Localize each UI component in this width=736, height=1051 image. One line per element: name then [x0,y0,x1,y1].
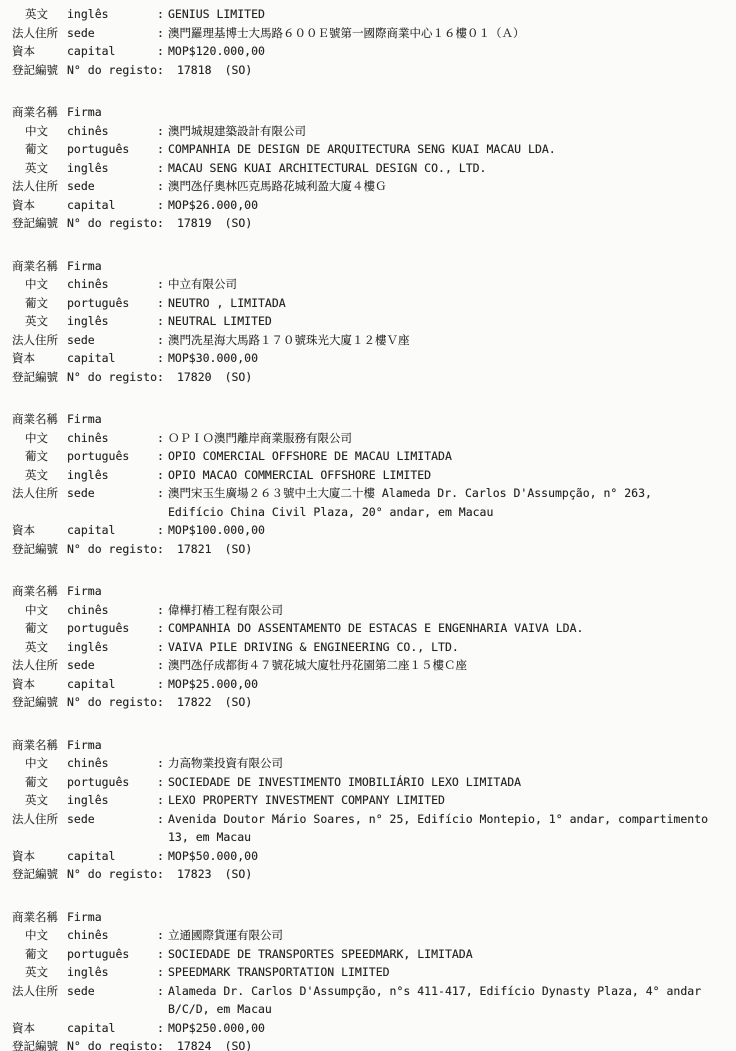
capital-label-pt: capital [67,521,157,540]
chinese-name-row: 中文 chinês : ＯＰＩＯ澳門離岸商業服務有限公司 [12,429,726,448]
english-label-zh: 英文 [12,791,67,810]
registry-entry: 商業名稱 Firma 中文 chinês : 中立有限公司 葡文 portugu… [12,257,726,387]
capital-label-pt: capital [67,1019,157,1038]
colon-separator: : [157,754,168,773]
portuguese-name-value: COMPANHIA DE DESIGN DE ARQUITECTURA SENG… [168,140,726,159]
portuguese-name-value: SOCIEDADE DE TRANSPORTES SPEEDMARK, LIMI… [168,945,726,964]
seat-row: 法人住所 sede : 澳門羅理基博士大馬路６００Ｅ號第一國際商業中心１６樓０１… [12,24,726,43]
registry-entry: 商業名稱 Firma 中文 chinês : 立通國際貨運有限公司 葡文 por… [12,908,726,1051]
portuguese-name-row: 葡文 português : COMPANHIA DE DESIGN DE AR… [12,140,726,159]
english-label-pt: inglês [67,312,157,331]
colon-separator: : [157,122,168,141]
english-name-value: GENIUS LIMITED [168,5,726,24]
colon-separator: : [157,773,168,792]
registo-row: 登記編號 N° do registo: 17819 (SO) [12,214,726,233]
english-name-row: 英文 inglês : VAIVA PILE DRIVING & ENGINEE… [12,638,726,657]
colon-separator: : [157,42,168,61]
capital-label-zh: 資本 [12,1019,67,1038]
registry-entry: 商業名稱 Firma 中文 chinês : 澳門城規建築設計有限公司 葡文 p… [12,103,726,233]
capital-row: 資本 capital : MOP$250.000,00 [12,1019,726,1038]
registo-row: 登記編號 N° do registo: 17818 (SO) [12,61,726,80]
seat-row: 法人住所 sede : 澳門氹仔成都街４７號花城大廈牡丹花園第二座１５樓Ｃ座 [12,656,726,675]
english-name-row: 英文 inglês : MACAU SENG KUAI ARCHITECTURA… [12,159,726,178]
registo-suffix: (SO) [225,214,253,233]
registry-entry-partial: 英文 inglês : GENIUS LIMITED 法人住所 sede : 澳… [12,5,726,79]
chinese-label-zh: 中文 [12,601,67,620]
registo-suffix: (SO) [225,1037,253,1051]
capital-label-zh: 資本 [12,196,67,215]
seat-label-zh: 法人住所 [12,484,67,503]
firm-header-row: 商業名稱 Firma [12,582,726,601]
portuguese-label-pt: português [67,447,157,466]
portuguese-label-pt: português [67,619,157,638]
firm-label-pt: Firma [67,410,157,429]
registo-number: 17821 [177,540,212,559]
capital-label-pt: capital [67,349,157,368]
portuguese-label-zh: 葡文 [12,294,67,313]
registo-label-zh: 登記編號 [12,214,67,233]
portuguese-label-zh: 葡文 [12,773,67,792]
seat-label-pt: sede [67,484,157,503]
portuguese-name-row: 葡文 português : OPIO COMERCIAL OFFSHORE D… [12,447,726,466]
colon-separator: : [157,810,168,829]
portuguese-label-zh: 葡文 [12,619,67,638]
colon-separator: : [157,294,168,313]
seat-row: 法人住所 sede : Alameda Dr. Carlos D'Assumpç… [12,982,726,1019]
portuguese-name-row: 葡文 português : SOCIEDADE DE TRANSPORTES … [12,945,726,964]
portuguese-name-value: SOCIEDADE DE INVESTIMENTO IMOBILIÁRIO LE… [168,773,726,792]
firm-label-zh: 商業名稱 [12,257,67,276]
english-label-zh: 英文 [12,638,67,657]
capital-value: MOP$120.000,00 [168,42,726,61]
chinese-label-zh: 中文 [12,926,67,945]
english-name-value: NEUTRAL LIMITED [168,312,726,331]
registo-suffix: (SO) [225,865,253,884]
firm-header-row: 商業名稱 Firma [12,736,726,755]
portuguese-name-value: OPIO COMERCIAL OFFSHORE DE MACAU LIMITAD… [168,447,726,466]
chinese-label-pt: chinês [67,601,157,620]
registo-label-zh: 登記編號 [12,540,67,559]
capital-value: MOP$50.000,00 [168,847,726,866]
colon-separator: : [157,349,168,368]
capital-label-zh: 資本 [12,349,67,368]
registo-suffix: (SO) [225,61,253,80]
chinese-label-pt: chinês [67,122,157,141]
registry-entry: 商業名稱 Firma 中文 chinês : 力高物業投資有限公司 葡文 por… [12,736,726,884]
english-name-row: 英文 inglês : LEXO PROPERTY INVESTMENT COM… [12,791,726,810]
chinese-name-value: 偉樺打樁工程有限公司 [168,601,726,620]
english-label-zh: 英文 [12,159,67,178]
registo-label-pt: N° do registo: [67,214,164,233]
registo-row: 登記編號 N° do registo: 17822 (SO) [12,693,726,712]
capital-label-pt: capital [67,847,157,866]
registo-suffix: (SO) [225,540,253,559]
firm-label-pt: Firma [67,257,157,276]
seat-label-zh: 法人住所 [12,982,67,1001]
portuguese-label-pt: português [67,773,157,792]
portuguese-label-zh: 葡文 [12,945,67,964]
firm-header-row: 商業名稱 Firma [12,257,726,276]
seat-value: Avenida Doutor Mário Soares, n° 25, Edif… [168,810,726,847]
chinese-name-row: 中文 chinês : 偉樺打樁工程有限公司 [12,601,726,620]
capital-row: 資本 capital : MOP$25.000,00 [12,675,726,694]
seat-label-pt: sede [67,982,157,1001]
firm-header-row: 商業名稱 Firma [12,410,726,429]
english-name-value: MACAU SENG KUAI ARCHITECTURAL DESIGN CO.… [168,159,726,178]
registo-label-zh: 登記編號 [12,368,67,387]
english-label-zh: 英文 [12,466,67,485]
colon-separator: : [157,5,168,24]
seat-label-zh: 法人住所 [12,177,67,196]
firm-label-zh: 商業名稱 [12,736,67,755]
colon-separator: : [157,675,168,694]
chinese-label-pt: chinês [67,429,157,448]
registo-row: 登記編號 N° do registo: 17821 (SO) [12,540,726,559]
english-name-value: SPEEDMARK TRANSPORTATION LIMITED [168,963,726,982]
colon-separator: : [157,140,168,159]
seat-row: 法人住所 sede : 澳門宋玉生廣場２６３號中土大廈二十樓 Alameda D… [12,484,726,521]
capital-label-zh: 資本 [12,675,67,694]
english-name-row: 英文 inglês : SPEEDMARK TRANSPORTATION LIM… [12,963,726,982]
firm-label-zh: 商業名稱 [12,908,67,927]
capital-label-zh: 資本 [12,521,67,540]
english-label-pt: inglês [67,638,157,657]
registry-entry: 商業名稱 Firma 中文 chinês : 偉樺打樁工程有限公司 葡文 por… [12,582,726,712]
registo-suffix: (SO) [225,693,253,712]
capital-label-pt: capital [67,42,157,61]
firm-header-row: 商業名稱 Firma [12,908,726,927]
english-label-pt: inglês [67,159,157,178]
seat-value: 澳門氹仔成都街４７號花城大廈牡丹花園第二座１５樓Ｃ座 [168,656,726,675]
seat-value: Alameda Dr. Carlos D'Assumpção, n°s 411-… [168,982,726,1019]
firm-label-pt: Firma [67,103,157,122]
registo-number: 17824 [177,1037,212,1051]
firm-label-zh: 商業名稱 [12,410,67,429]
english-label-pt: inglês [67,5,157,24]
colon-separator: : [157,466,168,485]
capital-label-pt: capital [67,675,157,694]
portuguese-name-value: COMPANHIA DO ASSENTAMENTO DE ESTACAS E E… [168,619,726,638]
seat-row: 法人住所 sede : Avenida Doutor Mário Soares,… [12,810,726,847]
colon-separator: : [157,1019,168,1038]
colon-separator: : [157,447,168,466]
firm-label-zh: 商業名稱 [12,582,67,601]
capital-value: MOP$30.000,00 [168,349,726,368]
colon-separator: : [157,963,168,982]
capital-row: 資本 capital : MOP$26.000,00 [12,196,726,215]
colon-separator: : [157,982,168,1001]
chinese-label-zh: 中文 [12,429,67,448]
seat-label-zh: 法人住所 [12,656,67,675]
capital-row: 資本 capital : MOP$50.000,00 [12,847,726,866]
registo-row: 登記編號 N° do registo: 17820 (SO) [12,368,726,387]
chinese-name-row: 中文 chinês : 立通國際貨運有限公司 [12,926,726,945]
colon-separator: : [157,601,168,620]
firm-label-pt: Firma [67,582,157,601]
registo-suffix: (SO) [225,368,253,387]
english-name-row: 英文 inglês : GENIUS LIMITED [12,5,726,24]
registo-label-pt: N° do registo: [67,1037,164,1051]
registo-number: 17818 [177,61,212,80]
portuguese-name-value: NEUTRO , LIMITADA [168,294,726,313]
colon-separator: : [157,847,168,866]
registo-label-pt: N° do registo: [67,865,164,884]
portuguese-label-pt: português [67,294,157,313]
registo-label-zh: 登記編號 [12,1037,67,1051]
english-label-pt: inglês [67,791,157,810]
chinese-name-value: ＯＰＩＯ澳門離岸商業服務有限公司 [168,429,726,448]
registo-label-zh: 登記編號 [12,693,67,712]
portuguese-label-pt: português [67,945,157,964]
colon-separator: : [157,656,168,675]
colon-separator: : [157,619,168,638]
colon-separator: : [157,791,168,810]
portuguese-name-row: 葡文 português : SOCIEDADE DE INVESTIMENTO… [12,773,726,792]
chinese-name-value: 立通國際貨運有限公司 [168,926,726,945]
registo-label-pt: N° do registo: [67,540,164,559]
colon-separator: : [157,638,168,657]
portuguese-label-zh: 葡文 [12,140,67,159]
colon-separator: : [157,24,168,43]
capital-row: 資本 capital : MOP$100.000,00 [12,521,726,540]
seat-value: 澳門氹仔奧林匹克馬路花城利盈大廈４樓Ｇ [168,177,726,196]
registo-label-zh: 登記編號 [12,865,67,884]
registo-number: 17822 [177,693,212,712]
seat-label-pt: sede [67,810,157,829]
seat-value: 澳門宋玉生廣場２６３號中土大廈二十樓 Alameda Dr. Carlos D'… [168,484,726,521]
capital-row: 資本 capital : MOP$120.000,00 [12,42,726,61]
registo-label-zh: 登記編號 [12,61,67,80]
chinese-label-pt: chinês [67,926,157,945]
capital-label-zh: 資本 [12,847,67,866]
seat-label-zh: 法人住所 [12,810,67,829]
seat-row: 法人住所 sede : 澳門冼星海大馬路１７０號珠光大廈１２樓Ｖ座 [12,331,726,350]
english-label-pt: inglês [67,466,157,485]
seat-label-zh: 法人住所 [12,331,67,350]
chinese-label-zh: 中文 [12,122,67,141]
capital-row: 資本 capital : MOP$30.000,00 [12,349,726,368]
registo-number: 17820 [177,368,212,387]
english-name-value: VAIVA PILE DRIVING & ENGINEERING CO., LT… [168,638,726,657]
registo-number: 17823 [177,865,212,884]
chinese-label-zh: 中文 [12,275,67,294]
registry-entry: 商業名稱 Firma 中文 chinês : ＯＰＩＯ澳門離岸商業服務有限公司 … [12,410,726,558]
seat-value: 澳門冼星海大馬路１７０號珠光大廈１２樓Ｖ座 [168,331,726,350]
capital-value: MOP$100.000,00 [168,521,726,540]
chinese-name-value: 中立有限公司 [168,275,726,294]
english-name-row: 英文 inglês : OPIO MACAO COMMERCIAL OFFSHO… [12,466,726,485]
capital-value: MOP$250.000,00 [168,1019,726,1038]
colon-separator: : [157,521,168,540]
seat-value: 澳門羅理基博士大馬路６００Ｅ號第一國際商業中心１６樓０１（Ａ） [168,24,726,43]
chinese-label-zh: 中文 [12,754,67,773]
capital-value: MOP$26.000,00 [168,196,726,215]
seat-label-pt: sede [67,177,157,196]
capital-label-zh: 資本 [12,42,67,61]
chinese-name-row: 中文 chinês : 力高物業投資有限公司 [12,754,726,773]
portuguese-label-zh: 葡文 [12,447,67,466]
registo-number: 17819 [177,214,212,233]
registo-label-pt: N° do registo: [67,693,164,712]
chinese-name-value: 澳門城規建築設計有限公司 [168,122,726,141]
colon-separator: : [157,429,168,448]
registo-row: 登記編號 N° do registo: 17824 (SO) [12,1037,726,1051]
registo-label-pt: N° do registo: [67,61,164,80]
chinese-name-row: 中文 chinês : 中立有限公司 [12,275,726,294]
colon-separator: : [157,945,168,964]
seat-label-pt: sede [67,656,157,675]
registo-label-pt: N° do registo: [67,368,164,387]
english-label-pt: inglês [67,963,157,982]
firm-label-pt: Firma [67,736,157,755]
capital-value: MOP$25.000,00 [168,675,726,694]
firm-label-pt: Firma [67,908,157,927]
chinese-label-pt: chinês [67,275,157,294]
portuguese-name-row: 葡文 português : COMPANHIA DO ASSENTAMENTO… [12,619,726,638]
english-name-row: 英文 inglês : NEUTRAL LIMITED [12,312,726,331]
colon-separator: : [157,177,168,196]
firm-label-zh: 商業名稱 [12,103,67,122]
seat-label-pt: sede [67,24,157,43]
colon-separator: : [157,312,168,331]
portuguese-name-row: 葡文 português : NEUTRO , LIMITADA [12,294,726,313]
chinese-label-pt: chinês [67,754,157,773]
english-name-value: OPIO MACAO COMMERCIAL OFFSHORE LIMITED [168,466,726,485]
colon-separator: : [157,159,168,178]
colon-separator: : [157,484,168,503]
seat-row: 法人住所 sede : 澳門氹仔奧林匹克馬路花城利盈大廈４樓Ｇ [12,177,726,196]
registry-page: 英文 inglês : GENIUS LIMITED 法人住所 sede : 澳… [0,0,736,1051]
colon-separator: : [157,926,168,945]
seat-label-pt: sede [67,331,157,350]
chinese-name-row: 中文 chinês : 澳門城規建築設計有限公司 [12,122,726,141]
firm-header-row: 商業名稱 Firma [12,103,726,122]
colon-separator: : [157,331,168,350]
english-label-zh: 英文 [12,312,67,331]
portuguese-label-pt: português [67,140,157,159]
chinese-name-value: 力高物業投資有限公司 [168,754,726,773]
registo-row: 登記編號 N° do registo: 17823 (SO) [12,865,726,884]
seat-label-zh: 法人住所 [12,24,67,43]
english-name-value: LEXO PROPERTY INVESTMENT COMPANY LIMITED [168,791,726,810]
english-label-zh: 英文 [12,5,67,24]
colon-separator: : [157,275,168,294]
capital-label-pt: capital [67,196,157,215]
english-label-zh: 英文 [12,963,67,982]
colon-separator: : [157,196,168,215]
